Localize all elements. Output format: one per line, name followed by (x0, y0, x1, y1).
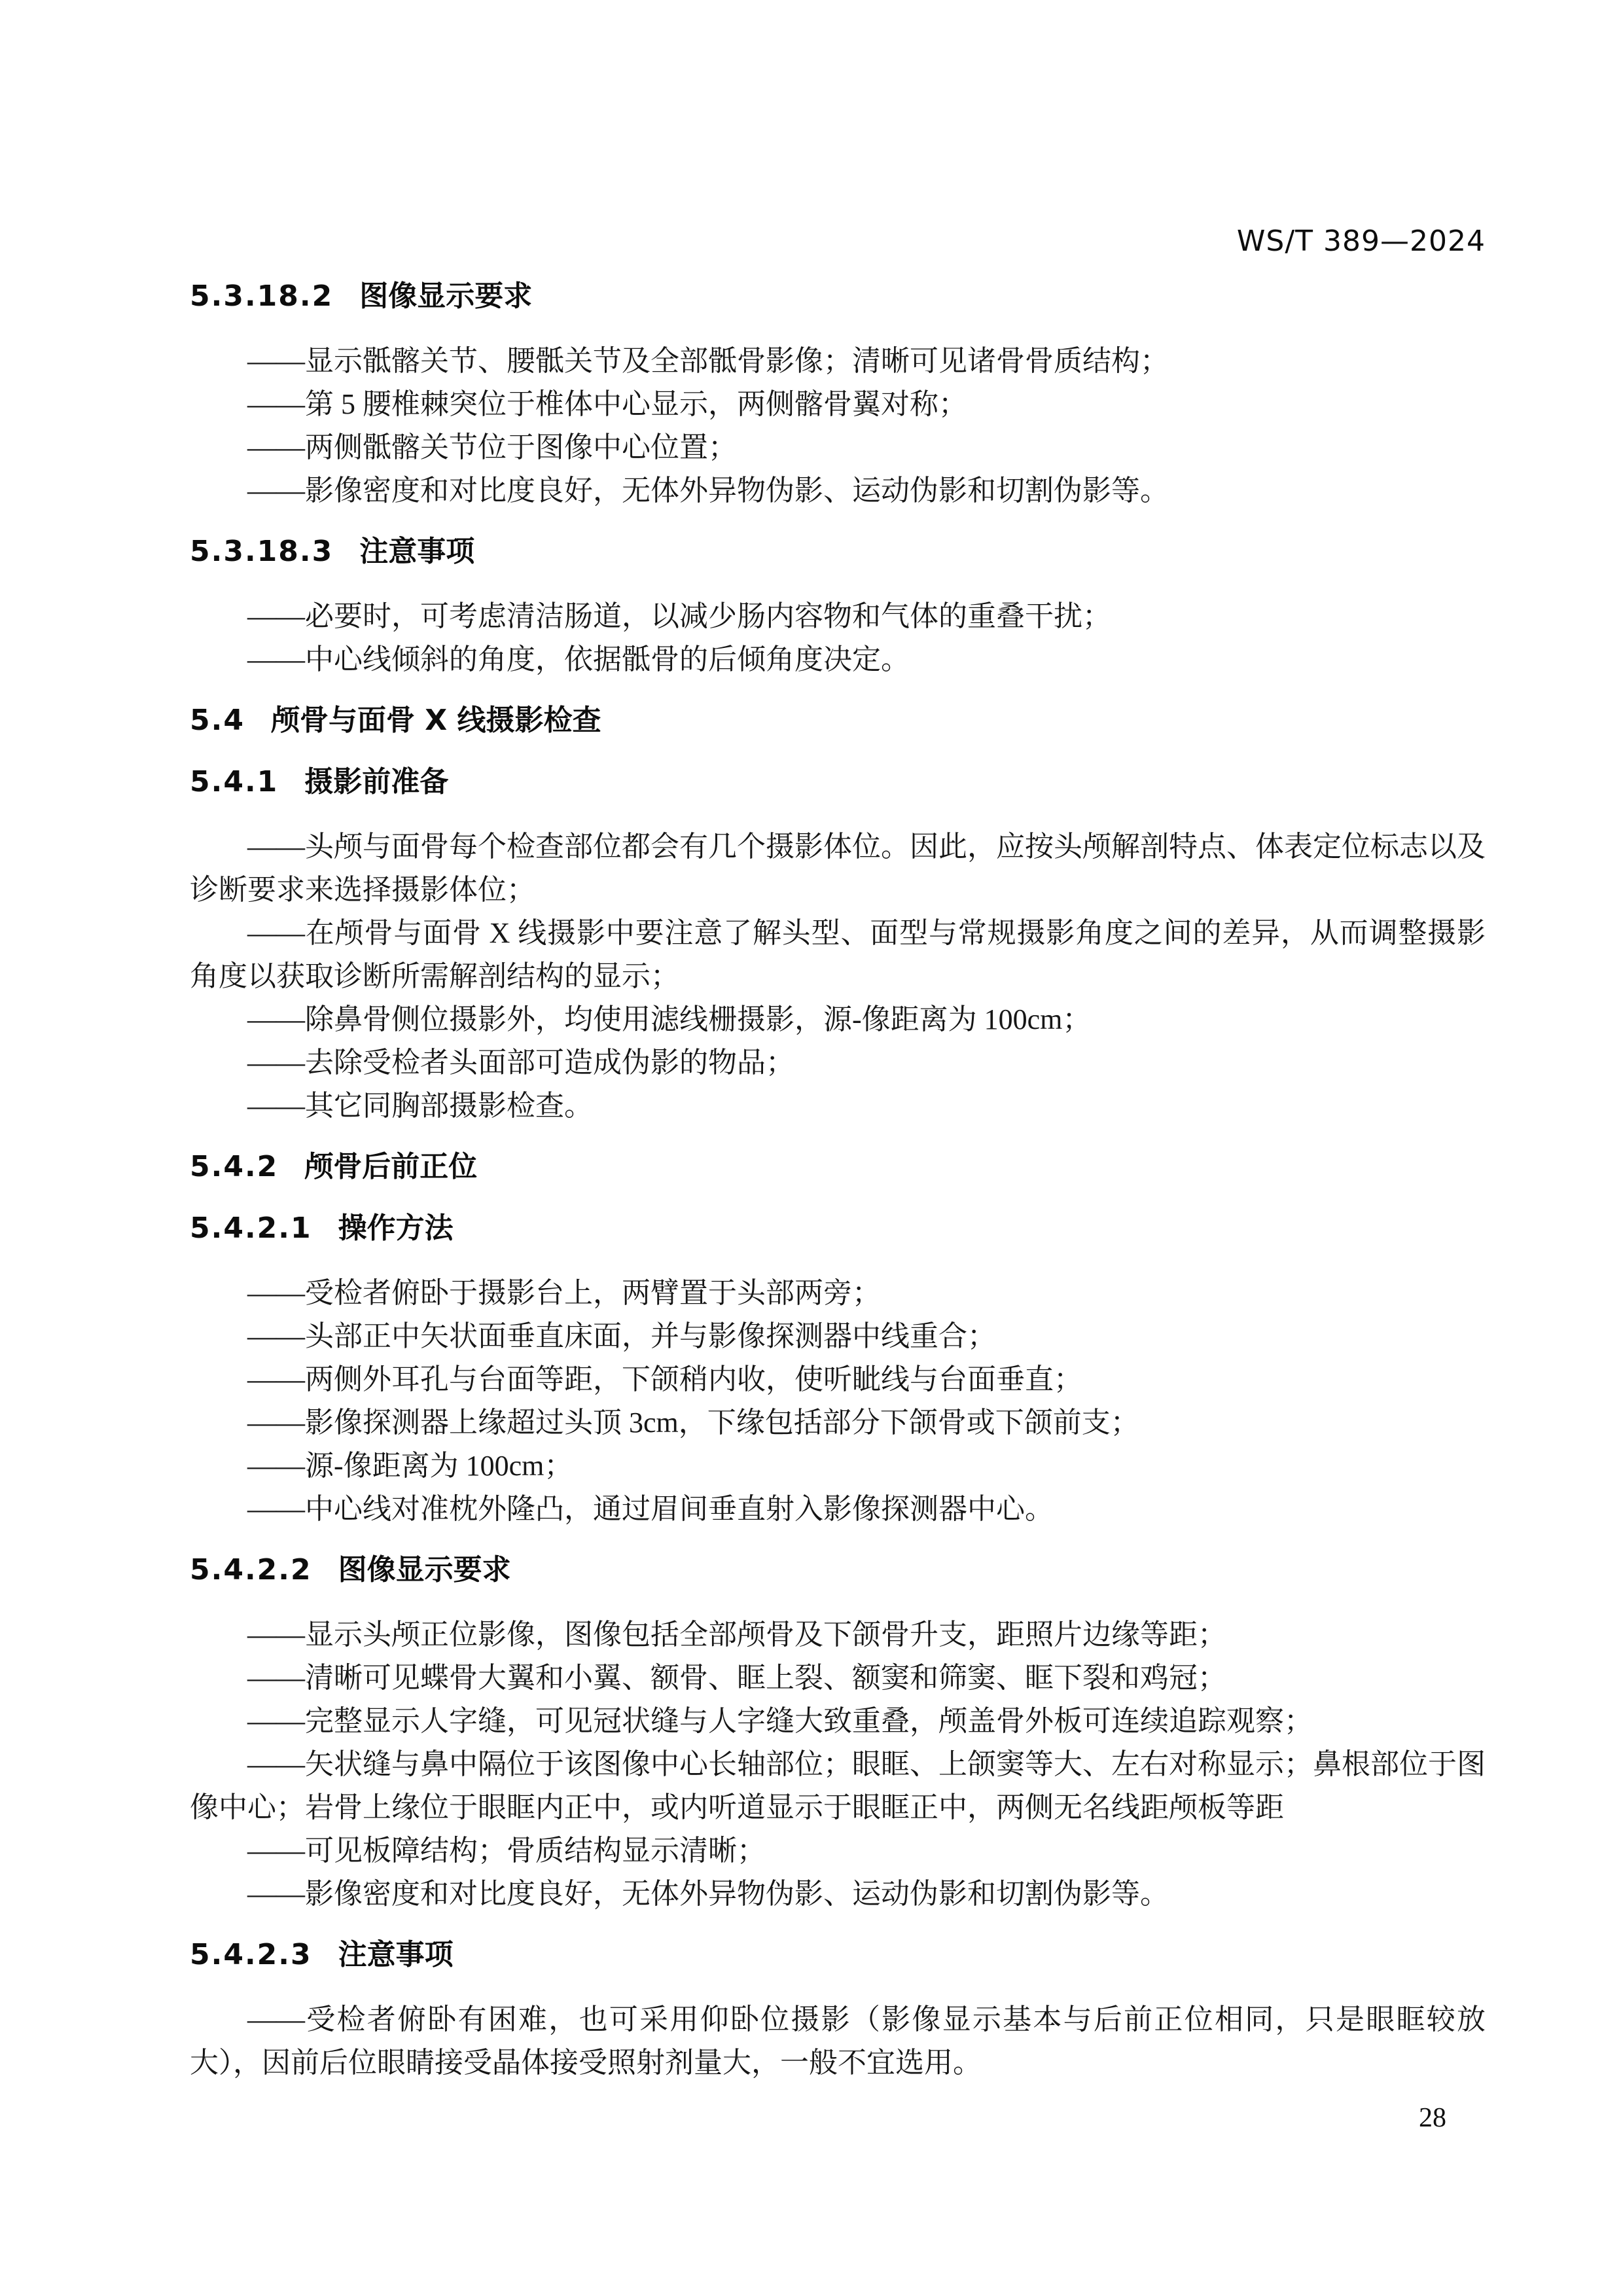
section-number: 5.3.18.2 (190, 279, 333, 313)
list-item: ——头颅与面骨每个检查部位都会有几个摄影体位。因此，应按头颅解剖特点、体表定位标… (190, 825, 1486, 912)
section-heading: 5.4.2颅骨后前正位 (190, 1149, 1486, 1185)
list-item: ——头部正中矢状面垂直床面，并与影像探测器中线重合； (190, 1315, 1486, 1358)
list-item: ——矢状缝与鼻中隔位于该图像中心长轴部位；眼眶、上颌窦等大、左右对称显示；鼻根部… (190, 1743, 1486, 1829)
doc-header: WS/T 389—2024 (190, 226, 1486, 257)
list-item: ——影像密度和对比度良好，无体外异物伪影、运动伪影和切割伪影等。 (190, 469, 1486, 512)
list-item: ——第 5 腰椎棘突位于椎体中心显示，两侧髂骨翼对称； (190, 383, 1486, 426)
list-item: ——影像密度和对比度良好，无体外异物伪影、运动伪影和切割伪影等。 (190, 1873, 1486, 1916)
section-number: 5.4 (190, 704, 245, 737)
list-item: ——中心线对准枕外隆凸，通过眉间垂直射入影像探测器中心。 (190, 1488, 1486, 1531)
list-item: ——去除受检者头面部可造成伪影的物品； (190, 1041, 1486, 1085)
section-number: 5.4.2 (190, 1150, 278, 1183)
document-page: WS/T 389—2024 5.3.18.2图像显示要求 ——显示骶髂关节、腰骶… (0, 0, 1623, 2296)
section-heading: 5.4.2.2图像显示要求 (190, 1552, 1486, 1588)
list-item: ——两侧骶髂关节位于图像中心位置； (190, 426, 1486, 469)
section-number: 5.3.18.3 (190, 535, 333, 568)
list-item: ——完整显示人字缝，可见冠状缝与人字缝大致重叠，颅盖骨外板可连续追踪观察； (190, 1700, 1486, 1743)
section-5-3-18-3: 5.3.18.3注意事项 ——必要时，可考虑清洁肠道，以减少肠内容物和气体的重叠… (190, 533, 1486, 681)
list-item: ——影像探测器上缘超过头顶 3cm，下缘包括部分下颌骨或下颌前支； (190, 1401, 1486, 1444)
list-item: ——两侧外耳孔与台面等距，下颌稍内收，使听眦线与台面垂直； (190, 1358, 1486, 1401)
section-title: 颅骨后前正位 (304, 1150, 477, 1183)
section-heading: 5.4颅骨与面骨 X 线摄影检查 (190, 702, 1486, 739)
list-item: ——受检者俯卧有困难，也可采用仰卧位摄影（影像显示基本与后前正位相同，只是眼眶较… (190, 1998, 1486, 2085)
section-number: 5.4.2.3 (190, 1938, 312, 1971)
list-item: ——源-像距离为 100cm； (190, 1444, 1486, 1488)
section-number: 5.4.1 (190, 765, 278, 798)
section-title: 图像显示要求 (338, 1553, 511, 1587)
list-item: ——其它同胸部摄影检查。 (190, 1085, 1486, 1128)
list-item: ——中心线倾斜的角度，依据骶骨的后倾角度决定。 (190, 638, 1486, 681)
section-5-4-2: 5.4.2颅骨后前正位 (190, 1149, 1486, 1185)
section-5-4-2-2: 5.4.2.2图像显示要求 ——显示头颅正位影像，图像包括全部颅骨及下颌骨升支，… (190, 1552, 1486, 1916)
section-title: 摄影前准备 (304, 765, 448, 798)
section-number: 5.4.2.2 (190, 1553, 312, 1587)
section-title: 操作方法 (338, 1211, 454, 1245)
list-item: ——显示骶髂关节、腰骶关节及全部骶骨影像；清晰可见诸骨骨质结构； (190, 340, 1486, 383)
section-heading: 5.3.18.2图像显示要求 (190, 278, 1486, 315)
section-title: 图像显示要求 (359, 279, 532, 313)
page-number: 28 (1419, 2102, 1446, 2134)
section-5-3-18-2: 5.3.18.2图像显示要求 ——显示骶髂关节、腰骶关节及全部骶骨影像；清晰可见… (190, 278, 1486, 512)
section-5-4: 5.4颅骨与面骨 X 线摄影检查 (190, 702, 1486, 739)
section-heading: 5.4.2.3注意事项 (190, 1937, 1486, 1973)
section-5-4-2-1: 5.4.2.1操作方法 ——受检者俯卧于摄影台上，两臂置于头部两旁； ——头部正… (190, 1210, 1486, 1531)
section-title: 注意事项 (359, 535, 474, 568)
section-title: 注意事项 (338, 1938, 454, 1971)
doc-code: WS/T 389—2024 (1237, 224, 1486, 258)
section-heading: 5.3.18.3注意事项 (190, 533, 1486, 570)
section-number: 5.4.2.1 (190, 1211, 312, 1245)
list-item: ——必要时，可考虑清洁肠道，以减少肠内容物和气体的重叠干扰； (190, 595, 1486, 638)
list-item: ——可见板障结构；骨质结构显示清晰； (190, 1829, 1486, 1873)
list-item: ——清晰可见蝶骨大翼和小翼、额骨、眶上裂、额窦和筛窦、眶下裂和鸡冠； (190, 1657, 1486, 1700)
section-title: 颅骨与面骨 X 线摄影检查 (271, 704, 601, 737)
list-item: ——除鼻骨侧位摄影外，均使用滤线栅摄影，源-像距离为 100cm； (190, 998, 1486, 1041)
list-item: ——受检者俯卧于摄影台上，两臂置于头部两旁； (190, 1272, 1486, 1315)
section-5-4-1: 5.4.1摄影前准备 ——头颅与面骨每个检查部位都会有几个摄影体位。因此，应按头… (190, 764, 1486, 1128)
section-heading: 5.4.1摄影前准备 (190, 764, 1486, 800)
section-5-4-2-3: 5.4.2.3注意事项 ——受检者俯卧有困难，也可采用仰卧位摄影（影像显示基本与… (190, 1937, 1486, 2085)
list-item: ——显示头颅正位影像，图像包括全部颅骨及下颌骨升支，距照片边缘等距； (190, 1613, 1486, 1657)
section-heading: 5.4.2.1操作方法 (190, 1210, 1486, 1247)
list-item: ——在颅骨与面骨 X 线摄影中要注意了解头型、面型与常规摄影角度之间的差异，从而… (190, 912, 1486, 998)
